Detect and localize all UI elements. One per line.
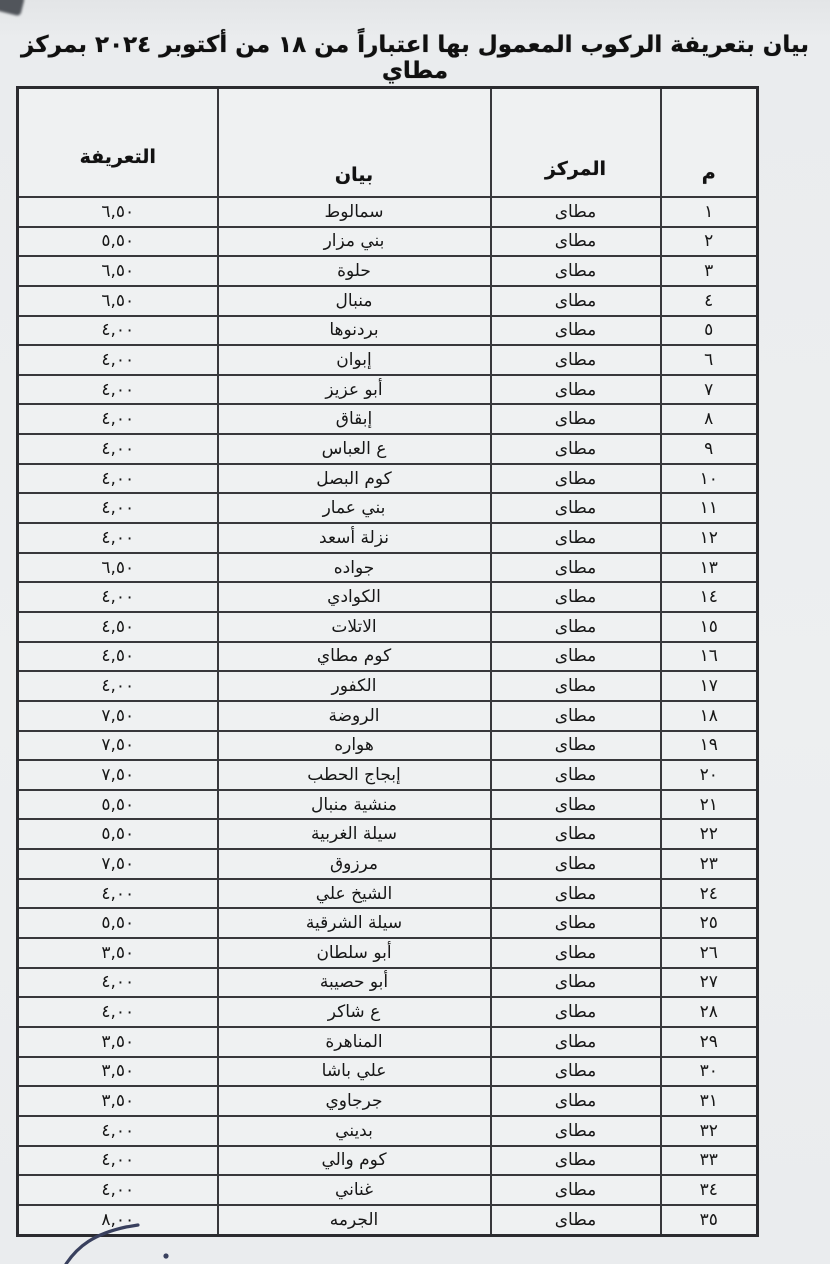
statement-cell: بديني — [218, 1116, 491, 1146]
fare-cell: ٥,٥٠ — [18, 227, 218, 257]
fare-cell: ٤,٠٠ — [18, 316, 218, 346]
statement-cell: بردنوها — [218, 316, 491, 346]
table-row: ٢٧ مطاى أبو حصيبة ٤,٠٠ — [18, 968, 758, 998]
statement-cell: أبو عزيز — [218, 375, 491, 405]
statement-cell: الكفور — [218, 671, 491, 701]
statement-cell: سيلة الشرقية — [218, 908, 491, 938]
center-cell: مطاى — [491, 760, 661, 790]
serial-cell: ٧ — [661, 375, 758, 405]
serial-cell: ١٠ — [661, 464, 758, 494]
fare-table: م المركز بيان التعريفة ١ مطاى سمالوط ٦,٥… — [16, 86, 759, 1237]
table-row: ٣٠ مطاى علي باشا ٣,٥٠ — [18, 1057, 758, 1087]
statement-cell: سمالوط — [218, 197, 491, 227]
pen-stroke — [66, 1225, 138, 1264]
statement-cell: أبو سلطان — [218, 938, 491, 968]
statement-cell: منشية منبال — [218, 790, 491, 820]
fare-cell: ٧,٥٠ — [18, 701, 218, 731]
center-cell: مطاى — [491, 968, 661, 998]
center-cell: مطاى — [491, 849, 661, 879]
fare-cell: ٥,٥٠ — [18, 819, 218, 849]
table-row: ١٦ مطاى كوم مطاي ٤,٥٠ — [18, 642, 758, 672]
fare-cell: ٤,٠٠ — [18, 968, 218, 998]
header-fare: التعريفة — [18, 88, 218, 198]
serial-cell: ٢٥ — [661, 908, 758, 938]
fare-cell: ٣,٥٠ — [18, 938, 218, 968]
serial-cell: ١٤ — [661, 582, 758, 612]
center-cell: مطاى — [491, 553, 661, 583]
serial-cell: ١١ — [661, 493, 758, 523]
center-cell: مطاى — [491, 908, 661, 938]
serial-cell: ٩ — [661, 434, 758, 464]
table-row: ٣١ مطاى جرجاوي ٣,٥٠ — [18, 1086, 758, 1116]
center-cell: مطاى — [491, 790, 661, 820]
table-row: ١ مطاى سمالوط ٦,٥٠ — [18, 197, 758, 227]
serial-cell: ٣٣ — [661, 1146, 758, 1176]
statement-cell: الاتلات — [218, 612, 491, 642]
serial-cell: ٣٠ — [661, 1057, 758, 1087]
fare-cell: ٣,٥٠ — [18, 1027, 218, 1057]
center-cell: مطاى — [491, 227, 661, 257]
statement-cell: الروضة — [218, 701, 491, 731]
serial-cell: ٣٢ — [661, 1116, 758, 1146]
serial-cell: ٢٨ — [661, 997, 758, 1027]
fare-cell: ٤,٠٠ — [18, 523, 218, 553]
center-cell: مطاى — [491, 1116, 661, 1146]
center-cell: مطاى — [491, 464, 661, 494]
fare-cell: ٤,٠٠ — [18, 464, 218, 494]
statement-cell: بني مزار — [218, 227, 491, 257]
table-row: ٩ مطاى ع العباس ٤,٠٠ — [18, 434, 758, 464]
statement-cell: إبقاق — [218, 404, 491, 434]
serial-cell: ١ — [661, 197, 758, 227]
serial-cell: ٢٤ — [661, 879, 758, 909]
serial-cell: ١٨ — [661, 701, 758, 731]
statement-cell: أبو حصيبة — [218, 968, 491, 998]
center-cell: مطاى — [491, 701, 661, 731]
table-row: ١٢ مطاى نزلة أسعد ٤,٠٠ — [18, 523, 758, 553]
table-row: ٨ مطاى إبقاق ٤,٠٠ — [18, 404, 758, 434]
fare-cell: ٣,٥٠ — [18, 1057, 218, 1087]
statement-cell: جرجاوي — [218, 1086, 491, 1116]
table-row: ٢٨ مطاى ع شاكر ٤,٠٠ — [18, 997, 758, 1027]
fare-cell: ٤,٥٠ — [18, 612, 218, 642]
fare-table-rows: ١ مطاى سمالوط ٦,٥٠ ٢ مطاى بني مزار ٥,٥٠ … — [18, 197, 758, 1236]
table-row: ١٨ مطاى الروضة ٧,٥٠ — [18, 701, 758, 731]
serial-cell: ١٧ — [661, 671, 758, 701]
header-row: م المركز بيان التعريفة — [18, 88, 758, 198]
table-row: ٦ مطاى إبوان ٤,٠٠ — [18, 345, 758, 375]
fare-cell: ٦,٥٠ — [18, 256, 218, 286]
fare-cell: ٤,٠٠ — [18, 404, 218, 434]
serial-cell: ٣٤ — [661, 1175, 758, 1205]
statement-cell: منبال — [218, 286, 491, 316]
table-row: ٢١ مطاى منشية منبال ٥,٥٠ — [18, 790, 758, 820]
serial-cell: ٢ — [661, 227, 758, 257]
serial-cell: ٦ — [661, 345, 758, 375]
table-row: ١٧ مطاى الكفور ٤,٠٠ — [18, 671, 758, 701]
center-cell: مطاى — [491, 375, 661, 405]
table-row: ٣٢ مطاى بديني ٤,٠٠ — [18, 1116, 758, 1146]
table-row: ٢٩ مطاى المناهرة ٣,٥٠ — [18, 1027, 758, 1057]
center-cell: مطاى — [491, 1027, 661, 1057]
serial-cell: ٣١ — [661, 1086, 758, 1116]
center-cell: مطاى — [491, 879, 661, 909]
serial-cell: ٤ — [661, 286, 758, 316]
serial-cell: ٢٠ — [661, 760, 758, 790]
statement-cell: سيلة الغربية — [218, 819, 491, 849]
fare-cell: ٤,٠٠ — [18, 493, 218, 523]
statement-cell: غناني — [218, 1175, 491, 1205]
table-row: ٢٤ مطاى الشيخ علي ٤,٠٠ — [18, 879, 758, 909]
table-row: ٢ مطاى بني مزار ٥,٥٠ — [18, 227, 758, 257]
statement-cell: نزلة أسعد — [218, 523, 491, 553]
table-row: ٣ مطاى حلوة ٦,٥٠ — [18, 256, 758, 286]
table-row: ٥ مطاى بردنوها ٤,٠٠ — [18, 316, 758, 346]
statement-cell: بني عمار — [218, 493, 491, 523]
pen-dot — [163, 1253, 168, 1258]
fare-table-header: م المركز بيان التعريفة — [18, 88, 758, 198]
serial-cell: ٢٣ — [661, 849, 758, 879]
table-row: ٧ مطاى أبو عزيز ٤,٠٠ — [18, 375, 758, 405]
center-cell: مطاى — [491, 316, 661, 346]
header-serial: م — [661, 88, 758, 198]
table-row: ٢٦ مطاى أبو سلطان ٣,٥٠ — [18, 938, 758, 968]
table-row: ١١ مطاى بني عمار ٤,٠٠ — [18, 493, 758, 523]
table-row: ١٠ مطاى كوم البصل ٤,٠٠ — [18, 464, 758, 494]
fare-cell: ٥,٥٠ — [18, 790, 218, 820]
center-cell: مطاى — [491, 256, 661, 286]
statement-cell: علي باشا — [218, 1057, 491, 1087]
center-cell: مطاى — [491, 731, 661, 761]
fare-cell: ٤,٠٠ — [18, 345, 218, 375]
table-row: ١٩ مطاى هواره ٧,٥٠ — [18, 731, 758, 761]
fare-table-container: م المركز بيان التعريفة ١ مطاى سمالوط ٦,٥… — [16, 86, 759, 1237]
serial-cell: ٨ — [661, 404, 758, 434]
fare-cell: ٤,٠٠ — [18, 671, 218, 701]
center-cell: مطاى — [491, 997, 661, 1027]
center-cell: مطاى — [491, 1057, 661, 1087]
serial-cell: ١٥ — [661, 612, 758, 642]
table-row: ٣٣ مطاى كوم والي ٤,٠٠ — [18, 1146, 758, 1176]
fare-cell: ٦,٥٠ — [18, 197, 218, 227]
document-title: بيان بتعريفة الركوب المعمول بها اعتباراً… — [10, 32, 820, 84]
serial-cell: ٢٢ — [661, 819, 758, 849]
fare-cell: ٤,٠٠ — [18, 582, 218, 612]
statement-cell: هواره — [218, 731, 491, 761]
statement-cell: إبوان — [218, 345, 491, 375]
center-cell: مطاى — [491, 582, 661, 612]
center-cell: مطاى — [491, 819, 661, 849]
fare-cell: ٦,٥٠ — [18, 553, 218, 583]
fare-cell: ٧,٥٠ — [18, 849, 218, 879]
center-cell: مطاى — [491, 938, 661, 968]
table-row: ١٣ مطاى جواده ٦,٥٠ — [18, 553, 758, 583]
statement-cell: ع العباس — [218, 434, 491, 464]
table-row: ٢٠ مطاى إبجاج الحطب ٧,٥٠ — [18, 760, 758, 790]
serial-cell: ٣ — [661, 256, 758, 286]
handwritten-signature — [0, 1180, 240, 1264]
fare-cell: ٤,٠٠ — [18, 997, 218, 1027]
table-row: ١٤ مطاى الكوادي ٤,٠٠ — [18, 582, 758, 612]
statement-cell: كوم والي — [218, 1146, 491, 1176]
fare-cell: ٣,٥٠ — [18, 1086, 218, 1116]
center-cell: مطاى — [491, 1146, 661, 1176]
fare-cell: ٤,٥٠ — [18, 642, 218, 672]
serial-cell: ١٣ — [661, 553, 758, 583]
fare-cell: ٤,٠٠ — [18, 879, 218, 909]
serial-cell: ٣٥ — [661, 1205, 758, 1236]
statement-cell: إبجاج الحطب — [218, 760, 491, 790]
serial-cell: ١٩ — [661, 731, 758, 761]
statement-cell: المناهرة — [218, 1027, 491, 1057]
statement-cell: كوم مطاي — [218, 642, 491, 672]
header-center: المركز — [491, 88, 661, 198]
statement-cell: حلوة — [218, 256, 491, 286]
center-cell: مطاى — [491, 345, 661, 375]
statement-cell: الكوادي — [218, 582, 491, 612]
statement-cell: جواده — [218, 553, 491, 583]
serial-cell: ٢٧ — [661, 968, 758, 998]
table-row: ٤ مطاى منبال ٦,٥٠ — [18, 286, 758, 316]
center-cell: مطاى — [491, 434, 661, 464]
serial-cell: ١٢ — [661, 523, 758, 553]
center-cell: مطاى — [491, 1086, 661, 1116]
center-cell: مطاى — [491, 197, 661, 227]
fare-cell: ٦,٥٠ — [18, 286, 218, 316]
header-statement: بيان — [218, 88, 491, 198]
center-cell: مطاى — [491, 286, 661, 316]
table-row: ١٥ مطاى الاتلات ٤,٥٠ — [18, 612, 758, 642]
statement-cell: كوم البصل — [218, 464, 491, 494]
statement-cell: مرزوق — [218, 849, 491, 879]
fare-cell: ٧,٥٠ — [18, 731, 218, 761]
statement-cell: الشيخ علي — [218, 879, 491, 909]
center-cell: مطاى — [491, 671, 661, 701]
fare-cell: ٤,٠٠ — [18, 375, 218, 405]
center-cell: مطاى — [491, 493, 661, 523]
serial-cell: ٢٦ — [661, 938, 758, 968]
fare-cell: ٧,٥٠ — [18, 760, 218, 790]
table-row: ٢٣ مطاى مرزوق ٧,٥٠ — [18, 849, 758, 879]
fare-cell: ٤,٠٠ — [18, 1146, 218, 1176]
table-row: ٢٥ مطاى سيلة الشرقية ٥,٥٠ — [18, 908, 758, 938]
serial-cell: ٢١ — [661, 790, 758, 820]
serial-cell: ٥ — [661, 316, 758, 346]
serial-cell: ٢٩ — [661, 1027, 758, 1057]
fare-cell: ٥,٥٠ — [18, 908, 218, 938]
center-cell: مطاى — [491, 404, 661, 434]
center-cell: مطاى — [491, 1205, 661, 1236]
center-cell: مطاى — [491, 523, 661, 553]
center-cell: مطاى — [491, 642, 661, 672]
center-cell: مطاى — [491, 612, 661, 642]
serial-cell: ١٦ — [661, 642, 758, 672]
fare-cell: ٤,٠٠ — [18, 434, 218, 464]
fare-cell: ٤,٠٠ — [18, 1116, 218, 1146]
table-row: ٢٢ مطاى سيلة الغربية ٥,٥٠ — [18, 819, 758, 849]
center-cell: مطاى — [491, 1175, 661, 1205]
statement-cell: ع شاكر — [218, 997, 491, 1027]
statement-cell: الجرمه — [218, 1205, 491, 1236]
